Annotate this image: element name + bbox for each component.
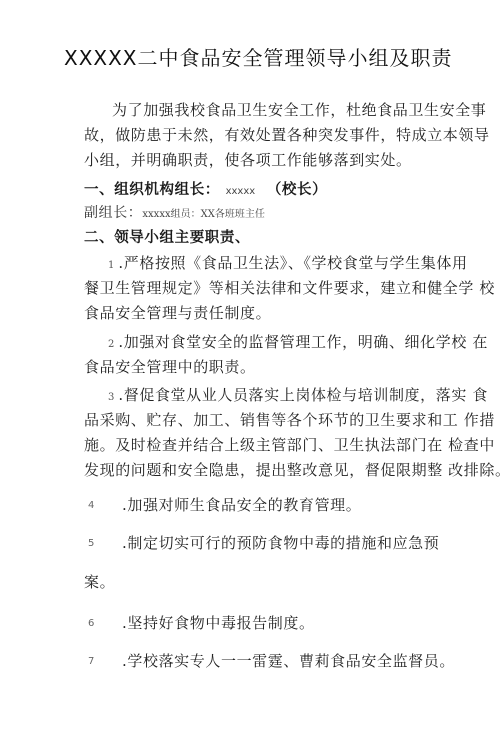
item-2-line-2: 食品安全管理中的职责。 — [84, 356, 256, 377]
item-1-line-2: 餐卫生管理规定》等相关法律和文件要求，建立和健全学 校 — [84, 277, 495, 298]
item-7-number: 7 — [88, 656, 94, 667]
document-title: XXXXX二中食品安全管理领导小组及职责 — [64, 42, 484, 71]
deputy-label: 副组长： — [84, 205, 142, 221]
item-1-text: .严格按照《食品卫生法》、《学校食堂与学生集体用 — [118, 254, 467, 272]
item-2-text: .加强对食堂安全的监督管理工作，明确、细化学校 在 — [118, 333, 488, 351]
item-3-number: 3 — [108, 392, 114, 403]
item-7-text: .学校落实专人一一雷霆、曹莉食品安全监督员。 — [122, 650, 455, 671]
item-1-line-3: 食品安全管理与责任制度。 — [84, 302, 271, 323]
item-1-line-1: 1.严格按照《食品卫生法》、《学校食堂与学生集体用 — [108, 252, 468, 273]
item-6-number: 6 — [88, 618, 94, 629]
item-5-text: .制定切实可行的预防食物中毒的措施和应急预 — [122, 532, 439, 553]
item-6-text: .坚持好食物中毒报告制度。 — [122, 612, 315, 633]
item-3-line-3: 施。及时检查并结合上级主管部门、卫生执法部门在 检查中 — [84, 434, 495, 455]
item-2-line-1: 2.加强对食堂安全的监督管理工作，明确、细化学校 在 — [108, 331, 488, 352]
item-2-number: 2 — [108, 339, 114, 350]
intro-line-3: 小组，并明确职责，使各项工作能够落到实处。 — [84, 149, 412, 170]
item-3-line-2: 品采购、贮存、加工、销售等各个环节的卫生要求和工 作措 — [84, 409, 495, 430]
deputy-detail: xxxxx组员：XX各班班主任 — [142, 209, 264, 220]
section2-heading: 二、领导小组主要职责、 — [84, 226, 250, 247]
item-5-line-2: 案。 — [84, 571, 115, 592]
section1-heading-prefix: 一、组织机构组长： — [84, 182, 220, 198]
item-1-number: 1 — [108, 260, 114, 271]
item-5-number: 5 — [88, 538, 94, 549]
item-3-text: .督促食堂从业人员落实上岗体检与培训制度，落实 食 — [118, 386, 488, 404]
item-4-text: .加强对师生食品安全的教育管理。 — [122, 494, 361, 515]
item-3-line-1: 3.督促食堂从业人员落实上岗体检与培训制度，落实 食 — [108, 384, 488, 405]
section1-heading: 一、组织机构组长： xxxxx （校长） — [84, 178, 327, 199]
deputy-line: 副组长：xxxxx组员：XX各班班主任 — [84, 202, 265, 222]
item-3-line-4: 发现的问题和安全隐患，提出整改意见，督促限期整 改排除。 — [84, 459, 500, 480]
leader-role: （校长） — [267, 182, 327, 198]
leader-name: xxxxx — [226, 186, 256, 197]
item-4-number: 4 — [88, 500, 94, 511]
intro-line-1: 为了加强我校食品卫生安全工作，杜绝食品卫生安全事 — [112, 99, 486, 120]
intro-line-2: 故，做防患于未然，有效处置各种突发事件，特成立本领导 — [84, 124, 490, 145]
document-page: XXXXX二中食品安全管理领导小组及职责 为了加强我校食品卫生安全工作，杜绝食品… — [0, 0, 500, 730]
